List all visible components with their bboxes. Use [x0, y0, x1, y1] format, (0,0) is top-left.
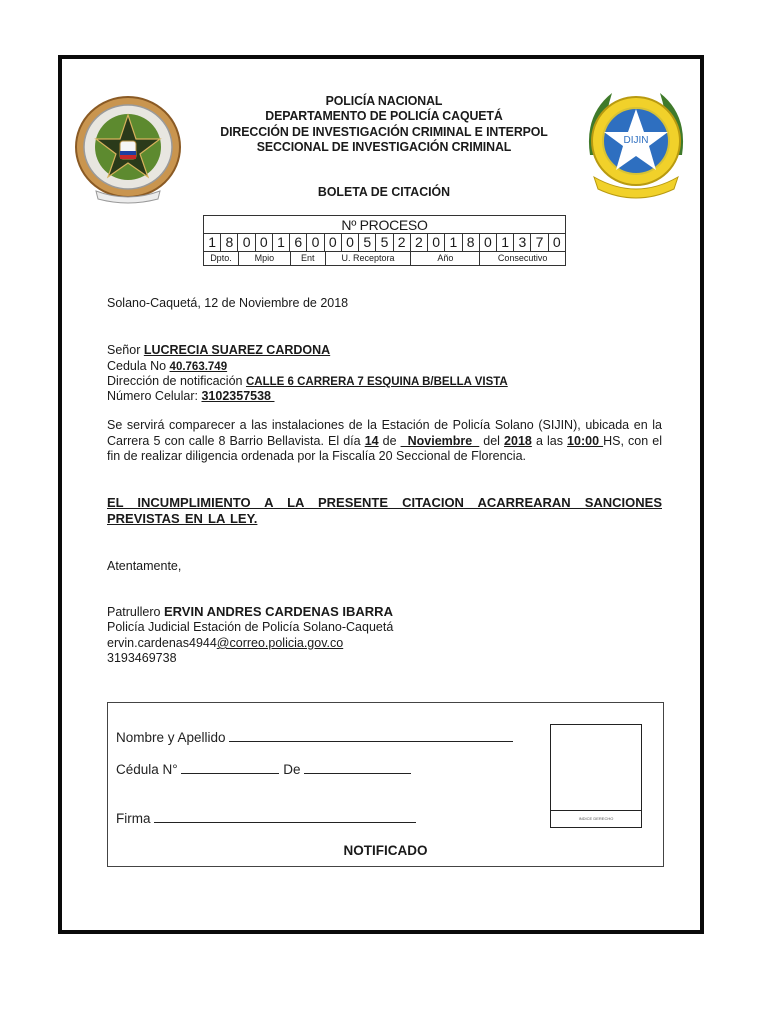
proceso-labels-row: Dpto.MpioEntU. ReceptoraAñoConsecutivo: [204, 252, 565, 265]
signer-line: Patrullero ERVIN ANDRES CARDENAS IBARRA: [107, 604, 393, 621]
email-domain-link[interactable]: @correo.policia.gov.co: [217, 636, 343, 650]
proceso-digits-row: 180016000552201801370: [204, 234, 565, 252]
proceso-digit: 0: [325, 234, 342, 251]
fingerprint-box: INDICE DERECHO: [550, 724, 642, 828]
citation-time: 10:00: [567, 434, 603, 448]
proceso-group-label: Mpio: [239, 252, 291, 265]
de-label: De: [279, 762, 304, 777]
proceso-digit: 0: [307, 234, 324, 251]
body-text: de: [379, 434, 401, 448]
header-department: DEPARTAMENTO DE POLICÍA CAQUETÁ: [19, 108, 749, 123]
sanction-warning: EL INCUMPLIMIENTO A LA PRESENTE CITACION…: [107, 495, 662, 527]
proceso-digit: 8: [463, 234, 480, 251]
name-label: Nombre y Apellido: [116, 730, 229, 745]
recipient-prefix: Señor: [107, 343, 144, 357]
proceso-digit: 5: [359, 234, 376, 251]
proceso-digit: 1: [204, 234, 221, 251]
proceso-digit: 2: [411, 234, 428, 251]
proceso-digit: 1: [445, 234, 462, 251]
proceso-group-label: Dpto.: [204, 252, 239, 265]
proceso-digit: 1: [497, 234, 514, 251]
body-text: del: [479, 434, 504, 448]
address-value: CALLE 6 CARRERA 7 ESQUINA B/BELLA VISTA: [246, 376, 508, 388]
proceso-digit: 0: [549, 234, 565, 251]
closing: Atentamente,: [107, 559, 181, 575]
proceso-group-label: U. Receptora: [326, 252, 412, 265]
citation-day: 14: [365, 434, 379, 448]
phone-value: 3102357538: [201, 389, 274, 403]
header-institution: POLICÍA NACIONAL: [19, 93, 749, 108]
signer-phone: 3193469738: [107, 651, 177, 667]
firma-blank-line[interactable]: [154, 810, 416, 823]
proceso-digit: 0: [480, 234, 497, 251]
proceso-digit: 3: [514, 234, 531, 251]
proceso-digit: 8: [221, 234, 238, 251]
place-date: Solano-Caquetá, 12 de Noviembre de 2018: [107, 296, 348, 312]
firma-field[interactable]: Firma: [116, 810, 416, 826]
citation-body: Se servirá comparecer a las instalacione…: [107, 418, 662, 465]
phone-line: Número Celular: 3102357538: [107, 389, 274, 405]
citation-year: 2018: [504, 434, 532, 448]
proceso-digit: 0: [238, 234, 255, 251]
address-label: Dirección de notificación: [107, 374, 246, 388]
notify-cedula-label: Cédula N°: [116, 762, 181, 777]
signer-email[interactable]: ervin.cardenas4944@correo.policia.gov.co: [107, 636, 343, 652]
header-direction: DIRECCIÓN DE INVESTIGACIÓN CRIMINAL E IN…: [19, 124, 749, 139]
citation-month: _Noviembre_: [401, 434, 480, 448]
document-title: BOLETA DE CITACIÓN: [19, 184, 749, 199]
name-field[interactable]: Nombre y Apellido: [116, 729, 513, 745]
recipient-line: Señor LUCRECIA SUAREZ CARDONA: [107, 343, 330, 359]
proceso-digit: 0: [342, 234, 359, 251]
proceso-group-label: Ent: [291, 252, 326, 265]
cedula-field[interactable]: Cédula N° De: [116, 761, 411, 777]
cedula-label: Cedula No: [107, 359, 170, 373]
cedula-blank-line[interactable]: [181, 761, 279, 774]
proceso-digit: 7: [531, 234, 548, 251]
signer-role: Policía Judicial Estación de Policía Sol…: [107, 620, 393, 636]
proceso-table: Nº PROCESO 180016000552201801370 Dpto.Mp…: [203, 215, 566, 266]
phone-label: Número Celular:: [107, 389, 201, 403]
proceso-digit: 2: [394, 234, 411, 251]
proceso-digit: 1: [273, 234, 290, 251]
proceso-group-label: Consecutivo: [480, 252, 565, 265]
fingerprint-label: INDICE DERECHO: [551, 810, 641, 827]
signer-name: ERVIN ANDRES CARDENAS IBARRA: [164, 604, 393, 619]
firma-label: Firma: [116, 811, 154, 826]
notificado-status: NOTIFICADO: [107, 843, 664, 858]
email-user[interactable]: ervin.cardenas4944: [107, 636, 217, 650]
proceso-digit: 0: [256, 234, 273, 251]
proceso-digit: 5: [376, 234, 393, 251]
header-seccional: SECCIONAL DE INVESTIGACIÓN CRIMINAL: [19, 139, 749, 154]
signer-rank: Patrullero: [107, 605, 164, 619]
name-blank-line[interactable]: [229, 729, 513, 742]
de-blank-line[interactable]: [304, 761, 411, 774]
proceso-group-label: Año: [411, 252, 480, 265]
proceso-digit: 6: [290, 234, 307, 251]
recipient-name: LUCRECIA SUAREZ CARDONA: [144, 343, 330, 357]
cedula-value: 40.763.749: [170, 361, 228, 373]
proceso-digit: 0: [428, 234, 445, 251]
proceso-heading: Nº PROCESO: [204, 216, 565, 234]
body-text: a las: [532, 434, 567, 448]
